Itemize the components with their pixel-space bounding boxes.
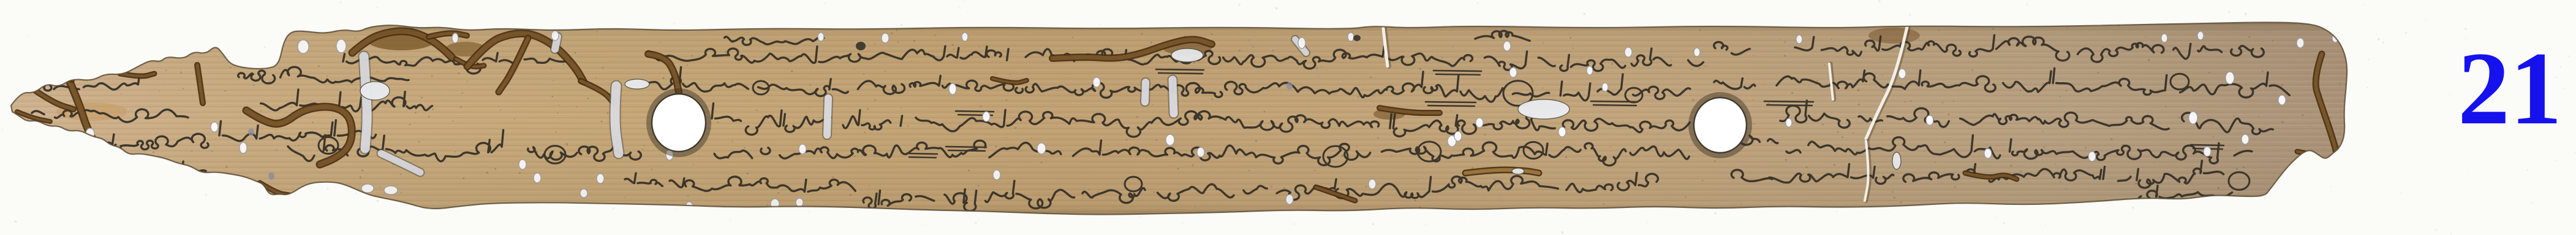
- leaf-surface: [0, 0, 2576, 235]
- worm-track: [134, 161, 164, 177]
- stain-blotch: [34, 137, 83, 157]
- gray-pit: [123, 175, 128, 181]
- manuscript-scan: 21: [0, 0, 2576, 235]
- stain-blotch: [239, 52, 276, 64]
- worm-track: [25, 136, 61, 147]
- worm-track-fill: [25, 136, 61, 147]
- binding-hole: [1691, 94, 1750, 156]
- worm-track: [184, 180, 206, 184]
- binding-hole: [649, 91, 709, 155]
- worm-track-fill: [184, 180, 206, 184]
- palm-leaf-image: [0, 0, 2576, 235]
- folio-number-label: 21: [2458, 36, 2562, 141]
- worm-track: [38, 77, 72, 80]
- script-line: [88, 177, 145, 191]
- worm-track-fill: [38, 77, 72, 80]
- worm-track-fill: [134, 161, 164, 177]
- gray-pit: [110, 147, 116, 154]
